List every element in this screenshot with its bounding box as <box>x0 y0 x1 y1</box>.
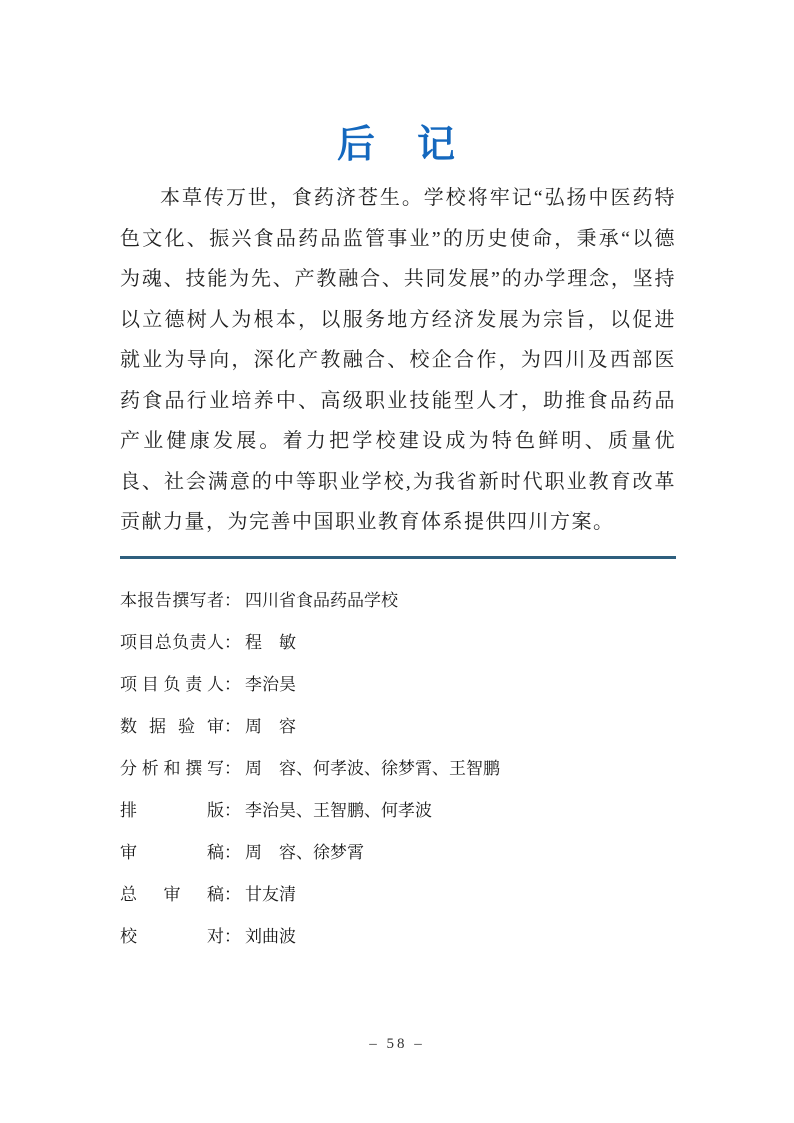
credit-role-label: 本报告撰写者 <box>120 580 224 622</box>
credit-role-label: 排版 <box>120 790 224 832</box>
credit-names: 刘曲波 <box>245 916 296 958</box>
credit-role-label: 审稿 <box>120 832 224 874</box>
credit-colon: ： <box>224 874 241 916</box>
credit-role-label: 项目负责人 <box>120 664 224 706</box>
credit-row: 本报告撰写者：四川省食品药品学校 <box>120 580 676 622</box>
credit-row: 项目总负责人：程 敏 <box>120 622 676 664</box>
credit-names: 周 容 <box>245 706 296 748</box>
credit-role-label: 总审稿 <box>120 874 224 916</box>
credit-row: 分析和撰写：周 容、何孝波、徐梦霄、王智鹏 <box>120 748 676 790</box>
credit-colon: ： <box>224 790 241 832</box>
credit-role-label: 校对 <box>120 916 224 958</box>
credit-names: 周 容、何孝波、徐梦霄、王智鹏 <box>245 748 500 790</box>
credit-names: 周 容、徐梦霄 <box>245 832 364 874</box>
credit-names: 甘友清 <box>245 874 296 916</box>
credit-colon: ： <box>224 580 241 622</box>
page-number: – 58 – <box>0 1036 794 1053</box>
credit-names: 四川省食品药品学校 <box>245 580 398 622</box>
credit-row: 排版：李治昊、王智鹏、何孝波 <box>120 790 676 832</box>
document-page: 后 记 本草传万世，食药济苍生。学校将牢记“弘扬中医药特色文化、振兴食品药品监管… <box>0 0 794 1123</box>
credit-colon: ： <box>224 706 241 748</box>
credit-role-label: 数据验审 <box>120 706 224 748</box>
credit-row: 校对：刘曲波 <box>120 916 676 958</box>
page-title: 后 记 <box>0 113 794 168</box>
section-divider-rule <box>120 556 676 559</box>
credits-list: 本报告撰写者：四川省食品药品学校 项目总负责人：程 敏 项目负责人：李治昊 数据… <box>120 580 676 958</box>
credit-colon: ： <box>224 622 241 664</box>
credit-colon: ： <box>224 664 241 706</box>
credit-row: 数据验审：周 容 <box>120 706 676 748</box>
credit-role-label: 分析和撰写 <box>120 748 224 790</box>
credit-row: 项目负责人：李治昊 <box>120 664 676 706</box>
credit-row: 总审稿：甘友清 <box>120 874 676 916</box>
credit-row: 审稿：周 容、徐梦霄 <box>120 832 676 874</box>
credit-names: 李治昊、王智鹏、何孝波 <box>245 790 432 832</box>
credit-names: 李治昊 <box>245 664 296 706</box>
credit-role-label: 项目总负责人 <box>120 622 224 664</box>
credit-colon: ： <box>224 748 241 790</box>
credit-colon: ： <box>224 832 241 874</box>
credit-colon: ： <box>224 916 241 958</box>
afterword-paragraph: 本草传万世，食药济苍生。学校将牢记“弘扬中医药特色文化、振兴食品药品监管事业”的… <box>120 178 676 543</box>
credit-names: 程 敏 <box>245 622 296 664</box>
